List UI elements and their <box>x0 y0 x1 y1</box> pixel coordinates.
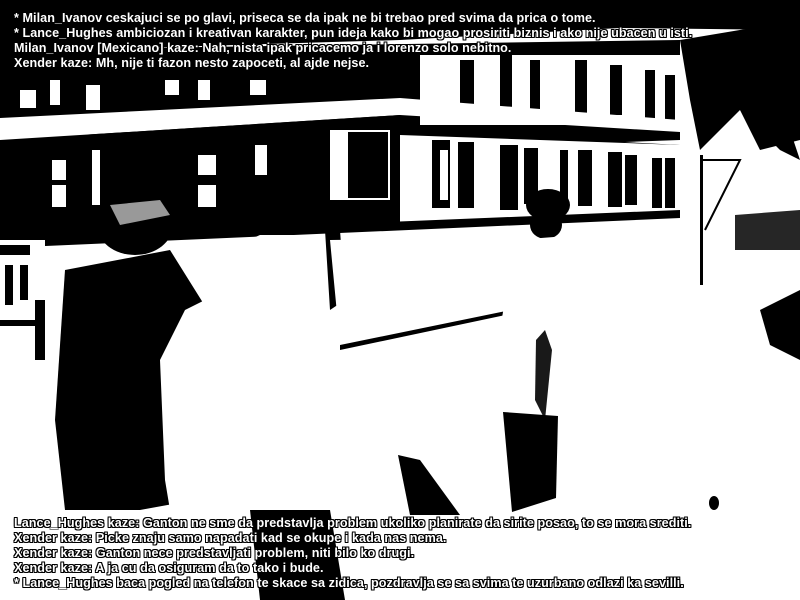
chat-line: Xender kaze: Picke znaju samo napadati k… <box>14 531 691 546</box>
game-screen[interactable]: * Milan_Ivanov ceskajuci se po glavi, pr… <box>0 0 800 600</box>
chat-line: Xender kaze: A ja cu da osiguram da to t… <box>14 561 691 576</box>
chat-line: Xender kaze: Ganton nece predstavljati p… <box>14 546 691 561</box>
game-scene <box>0 0 800 600</box>
chat-line: * Lance_Hughes baca pogled na telefon te… <box>14 576 691 591</box>
chat-line: * Lance_Hughes ambiciozan i kreativan ka… <box>14 26 692 41</box>
chat-line: Xender kaze: Mh, nije ti fazon nesto zap… <box>14 56 692 71</box>
chat-line: * Milan_Ivanov ceskajuci se po glavi, pr… <box>14 11 692 26</box>
shop-front <box>0 240 45 380</box>
chat-log-bottom: Lance_Hughes kaze: Ganton ne sme da pred… <box>14 516 691 591</box>
chat-line: Lance_Hughes kaze: Ganton ne sme da pred… <box>14 516 691 531</box>
chat-line: Milan_Ivanov [Mexicano] kaze: Nah, nista… <box>14 41 692 56</box>
chat-log-top: * Milan_Ivanov ceskajuci se po glavi, pr… <box>14 11 692 71</box>
